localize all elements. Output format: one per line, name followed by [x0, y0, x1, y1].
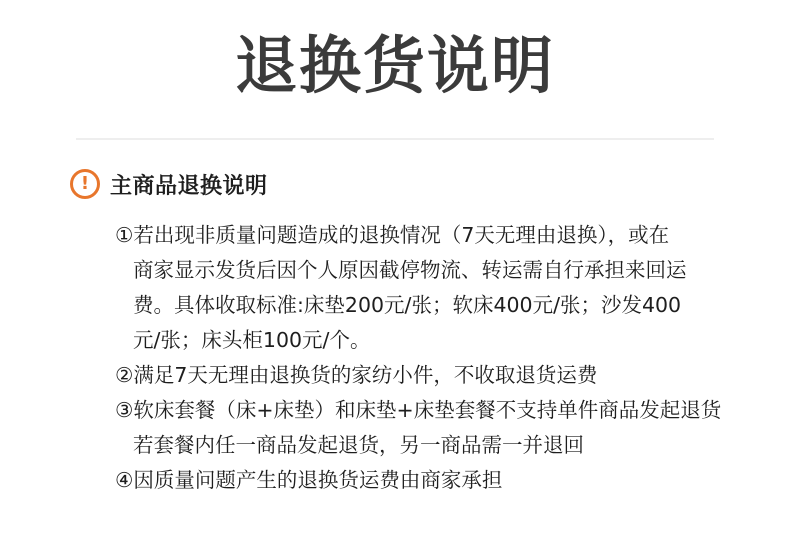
rule-item-3: ③软床套餐（床+床垫）和床垫+床垫套餐不支持单件商品发起退货 若套餐内任一商品发…: [115, 393, 765, 463]
rule-line: 商家显示发货后因个人原因截停物流、转运需自行承担来回运: [115, 253, 765, 288]
page-title: 退换货说明: [0, 26, 790, 106]
rule-line: 若套餐内任一商品发起退货，另一商品需一并退回: [115, 428, 765, 463]
rules-list: ①若出现非质量问题造成的退换情况（7天无理由退换），或在 商家显示发货后因个人原…: [115, 218, 765, 498]
rule-line: ②满足7天无理由退换货的家纺小件，不收取退货运费: [115, 358, 765, 393]
exclamation-circle-icon: !: [70, 169, 100, 199]
rule-item-4: ④因质量问题产生的退换货运费由商家承担: [115, 463, 765, 498]
rule-line: ①若出现非质量问题造成的退换情况（7天无理由退换），或在: [115, 218, 765, 253]
rule-item-2: ②满足7天无理由退换货的家纺小件，不收取退货运费: [115, 358, 765, 393]
rule-item-1: ①若出现非质量问题造成的退换情况（7天无理由退换），或在 商家显示发货后因个人原…: [115, 218, 765, 358]
rule-line: 费。具体收取标准:床垫200元/张；软床400元/张；沙发400: [115, 288, 765, 323]
section-header: ! 主商品退换说明: [70, 166, 268, 202]
section-title: 主商品退换说明: [110, 169, 268, 200]
rule-line: 元/张；床头柜100元/个。: [115, 323, 765, 358]
rule-line: ④因质量问题产生的退换货运费由商家承担: [115, 463, 765, 498]
rule-line: ③软床套餐（床+床垫）和床垫+床垫套餐不支持单件商品发起退货: [115, 393, 765, 428]
divider: [76, 138, 714, 140]
